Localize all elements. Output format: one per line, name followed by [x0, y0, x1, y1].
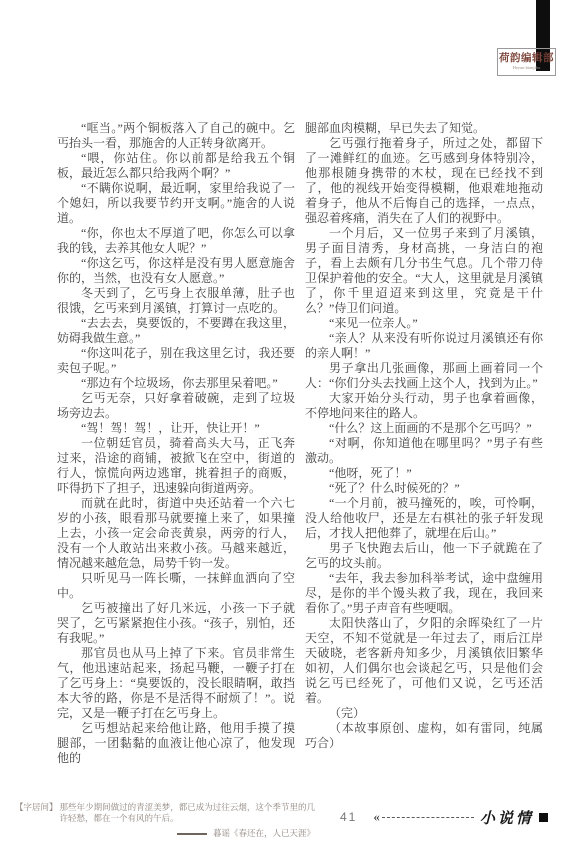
- story-paragraph: 乞丐强行拖着身子，所过之处，都留下了一滩鲜红的血迹。乞丐感到身体特别冷，他那根随…: [305, 136, 543, 226]
- magazine-page: 荷韵编辑部 Heyun bianjibu “哐当。”两个铜板落入了自己的碗中。乞…: [0, 0, 586, 848]
- story-paragraph: “来见一位亲人。”: [305, 316, 543, 331]
- page-number: 41: [340, 810, 357, 824]
- story-paragraph: 只听见马一阵长嘶，一抹鲜血洒向了空中。: [57, 571, 295, 601]
- section-name: 小说情: [480, 807, 534, 828]
- story-paragraph: “去年，我去参加科举考试，途中盘缠用尽，是你的半个馒头救了我，现在，我回来看你了…: [305, 571, 543, 616]
- story-paragraph: 冬天到了，乞丐身上衣服单薄，肚子也很饿，乞丐来到月溪镇，打算讨一点吃的。: [57, 286, 295, 316]
- story-paragraph: “一个月前，被马撞死的，唉，可怜啊，没人给他收尸，还是左右棋社的张子轩发现后，才…: [305, 496, 543, 541]
- story-paragraph: 乞丐想站起来给他让路，他用手摸了摸腿部，一团黏黏的血液让他心凉了，他发现他的: [57, 721, 295, 766]
- quote-attribution: 暮谣《春还在，人已天涯》: [15, 828, 315, 839]
- story-paragraph: 那官员也从马上掉了下来。官员非常生气，他迅速站起来，扬起马鞭，一鞭子打在了乞丐身…: [57, 646, 295, 721]
- story-paragraph: “你，你也太不厚道了吧，你怎么可以拿我的钱，去养其他女人呢？”: [57, 226, 295, 256]
- story-paragraph: 男子飞快跑去后山，他一下子就跪在了乞丐的坟头前。: [305, 541, 543, 571]
- story-paragraph: “驾！驾！驾！，让开，快让开！”: [57, 421, 295, 436]
- quote-label: 【字居间】: [15, 802, 58, 824]
- story-paragraph: 乞丐被撞出了好几米远，小孩一下子就哭了，乞丐紧紧抱住小孩。“孩子，别怕，还有我呢…: [57, 601, 295, 646]
- story-paragraph: “哐当。”两个铜板落入了自己的碗中。乞丐抬头一看，那施舍的人正转身欲离开。: [57, 121, 295, 151]
- right-column: 腿部血肉模糊，早已失去了知觉。乞丐强行拖着身子，所过之处，都留下了一滩鲜红的血迹…: [305, 121, 543, 766]
- editorial-department-label: 荷韵编辑部: [498, 52, 555, 66]
- story-paragraph: “不瞒你说啊，最近啊，家里给我说了一个媳妇，所以我要节约开支啊。”施舍的人说道。: [57, 181, 295, 226]
- editorial-department-pinyin: Heyun bianjibu: [501, 66, 552, 71]
- footer-page-info: 41 « 小说情: [340, 804, 576, 830]
- story-paragraph: （完）: [305, 706, 543, 721]
- story-paragraph: 太阳快落山了，夕阳的余晖染红了一片天空，不知不觉就是一年过去了，雨后江岸天破晓，…: [305, 616, 543, 706]
- story-paragraph: “去去去，臭要饭的，不要蹲在我这里，妨碍我做生意。”: [57, 316, 295, 346]
- story-paragraph: 一个月后，又一位男子来到了月溪镇，男子面目清秀，身材高挑，一身洁白的袍子，看上去…: [305, 226, 543, 316]
- left-column: “哐当。”两个铜板落入了自己的碗中。乞丐抬头一看，那施舍的人正转身欲离开。“喂，…: [57, 121, 295, 766]
- editorial-department-box: 荷韵编辑部 Heyun bianjibu: [497, 48, 556, 76]
- story-paragraph: （本故事原创、虚构，如有雷同，纯属巧合）: [305, 721, 543, 751]
- guillemet-icon: «: [373, 809, 380, 825]
- black-square-icon: [539, 813, 548, 822]
- story-paragraph: 男子拿出几张画像，那画上画着同一个人：“你们分头去找画上这个人，找到为止。”: [305, 361, 543, 391]
- attribution-text: 暮谣《春还在，人已天涯》: [213, 828, 315, 838]
- story-paragraph: “喂，你站住。你以前都是给我五个铜板，最近怎么都只给我两个啊？”: [57, 151, 295, 181]
- story-paragraph: 一位朝廷官员，骑着高头大马，正飞奔过来，沿途的商铺，被掀飞在空中，街道的行人，惊…: [57, 436, 295, 496]
- story-paragraph: 大家开始分头行动，男子也拿着画像，不停地问来往的路人。: [305, 391, 543, 421]
- attribution-dash-line: [177, 833, 207, 835]
- story-paragraph: 乞丐无奈，只好拿着破碗，走到了垃圾场旁边去。: [57, 391, 295, 421]
- story-paragraph: “对啊，你知道他在哪里吗？”男子有些激动。: [305, 436, 543, 466]
- story-paragraph: “他呀，死了！”: [305, 466, 543, 481]
- quote-text: 那些年少期间做过的青涩美梦，都已成为过往云烟，这个季节里的几许轻愁，都在一个有风…: [60, 802, 315, 824]
- story-paragraph: “你这叫花子，别在我这里乞讨，我还要卖包子呢。”: [57, 346, 295, 376]
- dotted-rule: [382, 816, 474, 818]
- story-paragraph: 腿部血肉模糊，早已失去了知觉。: [305, 121, 543, 136]
- story-paragraph: “亲人？从来没有听你说过月溪镇还有你的亲人啊！”: [305, 331, 543, 361]
- story-paragraph: “你这乞丐，你这样是没有男人愿意施舍你的，当然，也没有女人愿意。”: [57, 256, 295, 286]
- footer-quote-block: 【字居间】 那些年少期间做过的青涩美梦，都已成为过往云烟，这个季节里的几许轻愁，…: [15, 802, 315, 839]
- story-paragraph: “什么？这上面画的不是那个乞丐吗？”: [305, 421, 543, 436]
- story-paragraph: 而就在此时，街道中央还站着一个六七岁的小孩，眼看那马就要撞上来了，如果撞上去，小…: [57, 496, 295, 571]
- story-paragraph: “那边有个垃圾场，你去那里呆着吧。”: [57, 376, 295, 391]
- story-body: “哐当。”两个铜板落入了自己的碗中。乞丐抬头一看，那施舍的人正转身欲离开。“喂，…: [57, 121, 543, 766]
- story-paragraph: “死了？什么时候死的？”: [305, 481, 543, 496]
